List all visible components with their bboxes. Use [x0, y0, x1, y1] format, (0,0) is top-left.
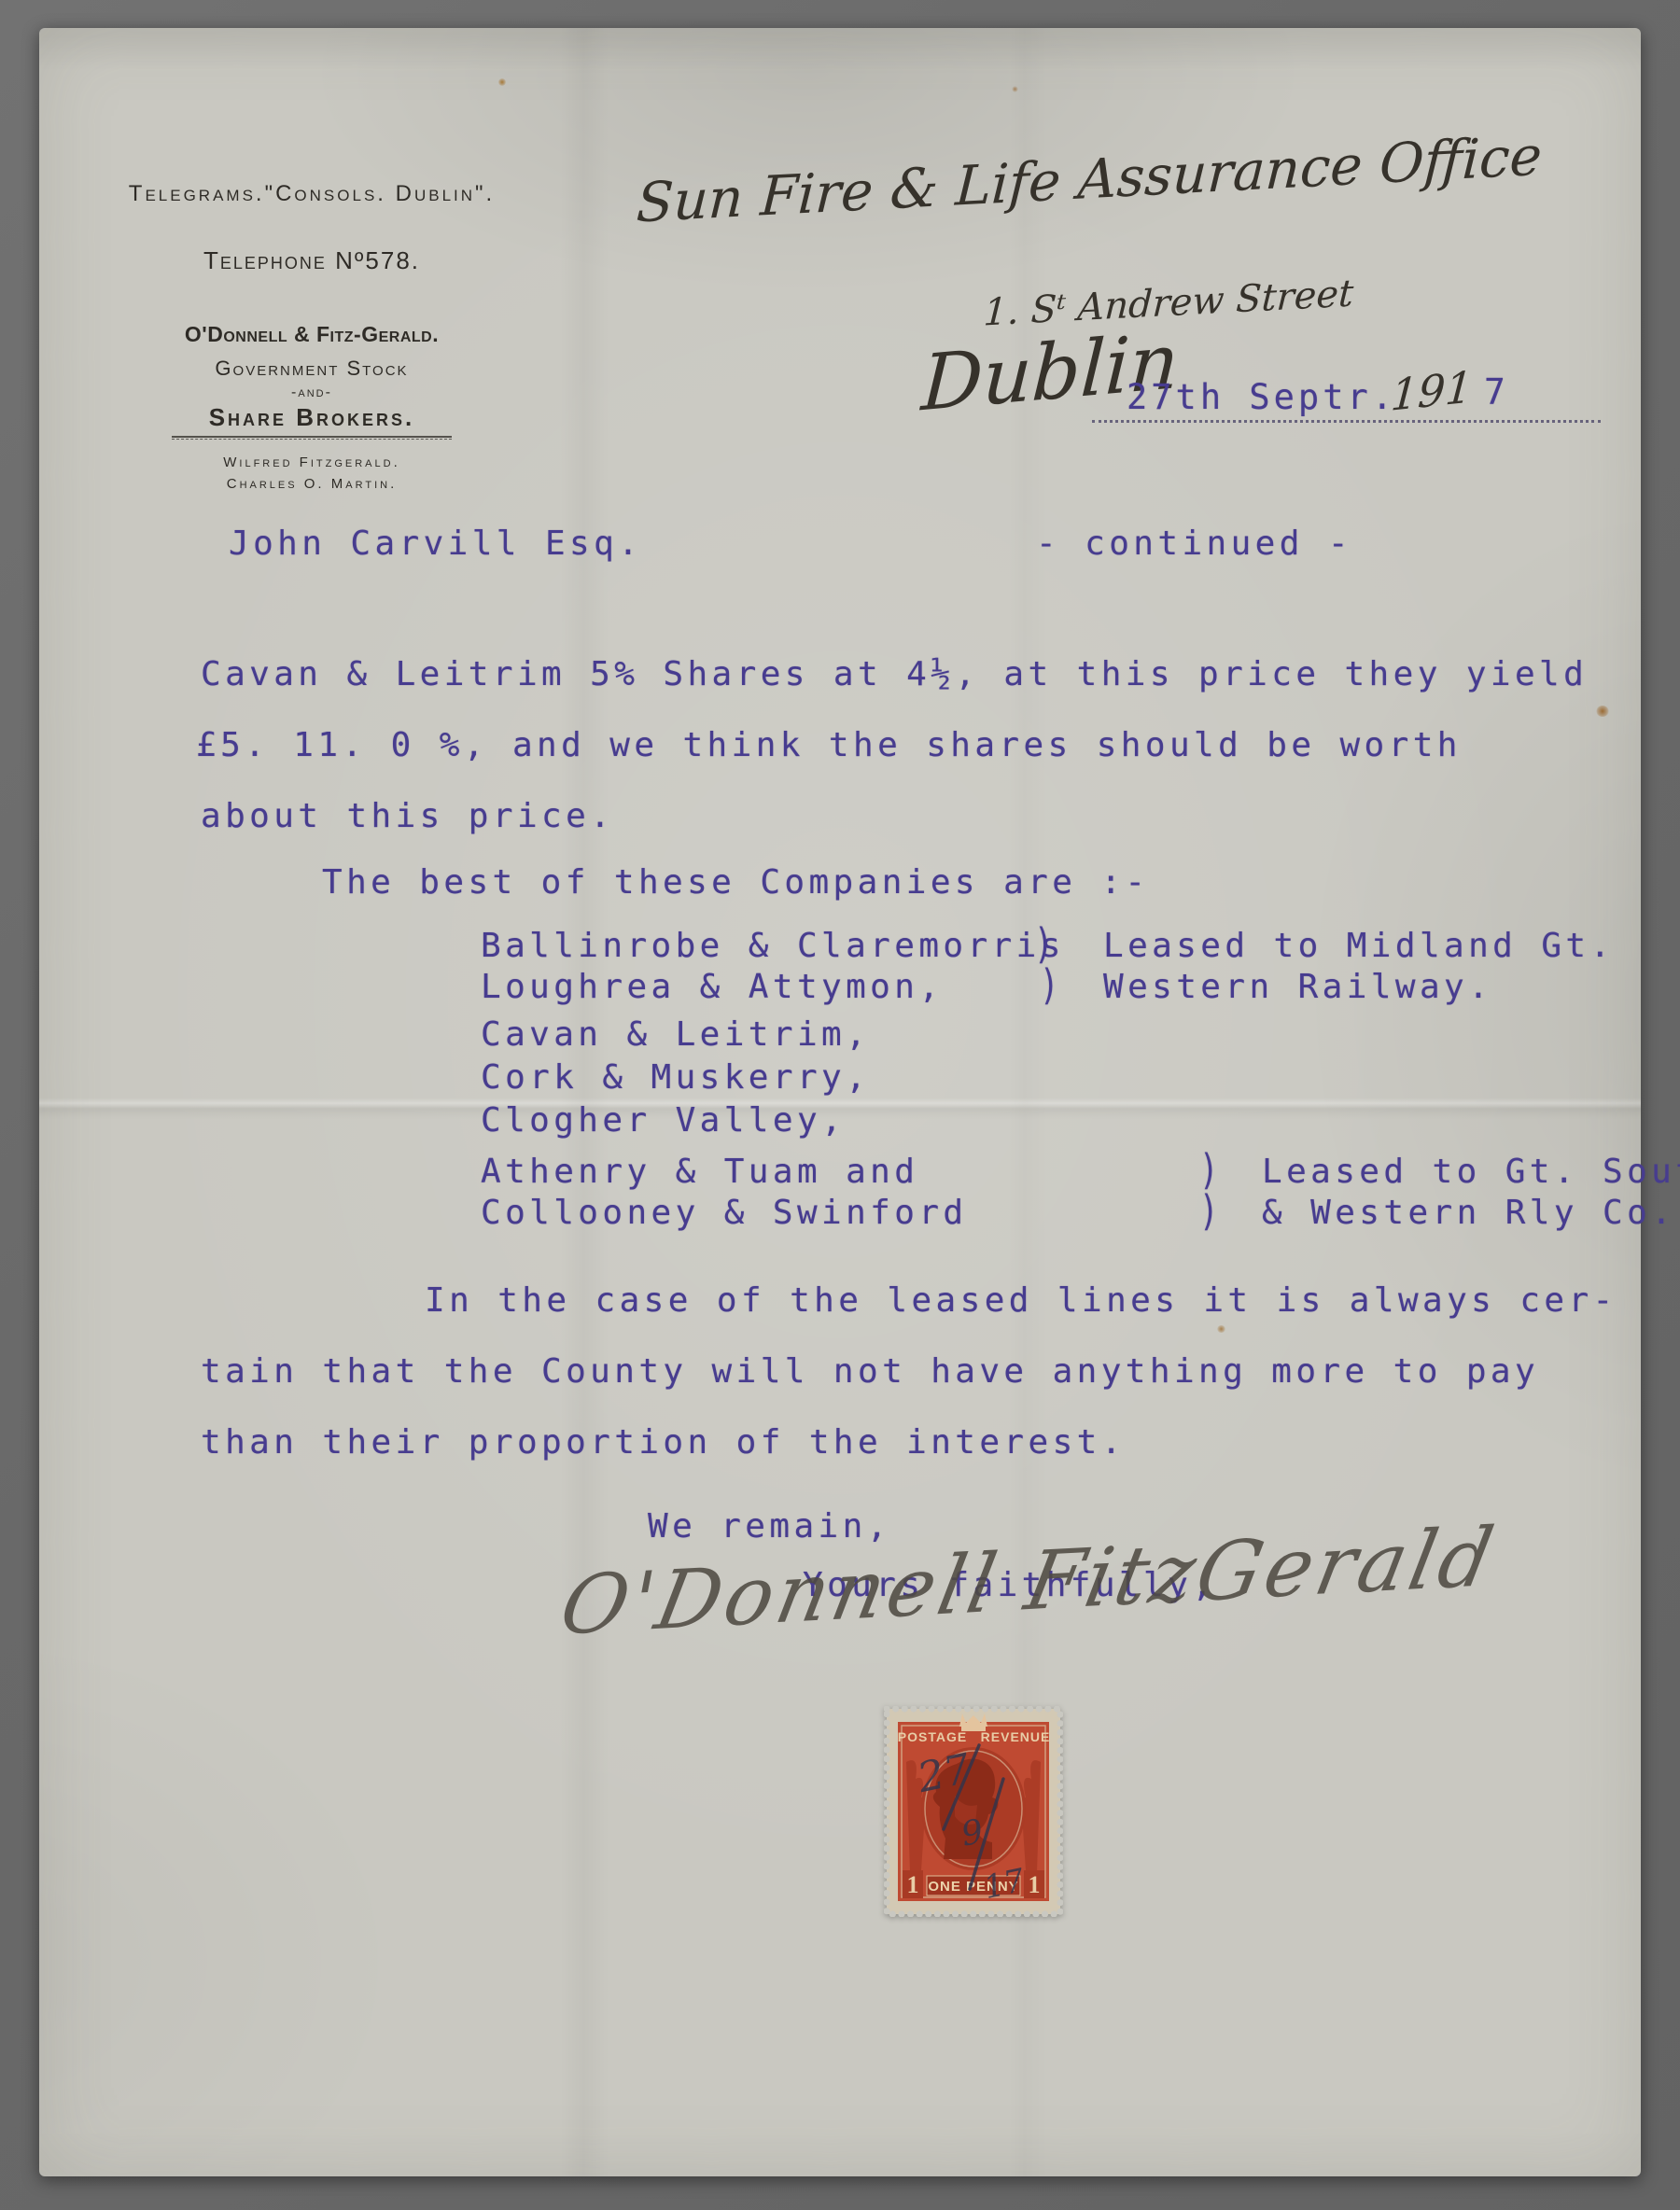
company-item: Clogher Valley,	[481, 1101, 846, 1140]
foxing-spot	[1596, 706, 1609, 717]
typed-year-digit: 7	[1484, 371, 1505, 413]
closing-we-remain: We remain,	[648, 1507, 891, 1546]
date-dotted-line	[1092, 420, 1601, 423]
para1-line3: about this price.	[201, 797, 614, 835]
partner-name-2: Charles O. Martin.	[88, 476, 536, 492]
typed-date: 27th Septr.	[1127, 377, 1396, 417]
group1-note-line1: Leased to Midland Gt.	[1103, 927, 1615, 965]
para2-line2: tain that the County will not have anyth…	[201, 1352, 1539, 1391]
stamp-graphic: POSTAGE REVENUE 1 1 ONE PENNY 27 9 17	[884, 1706, 1063, 1917]
telephone-line: Telephone Nº578.	[88, 246, 536, 275]
group2-brace-bottom: )	[1199, 1187, 1218, 1236]
company-item: Loughrea & Attymon,	[481, 968, 943, 1006]
stamp-postage-label: POSTAGE	[898, 1729, 967, 1744]
group1-brace-bottom: )	[1040, 961, 1058, 1010]
company-item: Athenry & Tuam and	[481, 1153, 918, 1191]
stamp-revenue-label: REVENUE	[981, 1729, 1051, 1744]
para2-line1: In the case of the leased lines it is al…	[425, 1281, 1617, 1320]
addressee-line: John Carvill Esq.	[229, 525, 642, 563]
para1-line2: £5. 11. 0 %, and we think the shares sho…	[196, 726, 1462, 764]
letterhead-left-block: Telegrams."Consols. Dublin". Telephone N…	[88, 168, 536, 492]
company-item: Cork & Muskerry,	[481, 1058, 870, 1097]
company-item: Collooney & Swinford	[481, 1194, 967, 1232]
firm-descriptor-stock: Government Stock	[88, 357, 536, 381]
postage-stamp: POSTAGE REVENUE 1 1 ONE PENNY 27 9 17	[884, 1706, 1063, 1917]
continued-label: - continued -	[1036, 525, 1352, 563]
stamp-numeral-right: 1	[1029, 1871, 1041, 1898]
group1-note-line2: Western Railway.	[1103, 968, 1492, 1006]
para2-line3: than their proportion of the interest.	[201, 1423, 1126, 1462]
companies-intro-line: The best of these Companies are :-	[322, 863, 1150, 902]
office-name-script: Sun Fire & Life Assurance Office	[570, 120, 1608, 238]
group2-note-line1: Leased to Gt. Southern	[1262, 1153, 1680, 1191]
group2-note-line2: & Western Rly Co.	[1262, 1194, 1675, 1232]
firm-name: O'Donnell & Fitz-Gerald.	[88, 322, 536, 347]
foxing-spot	[1012, 86, 1018, 92]
telegrams-line: Telegrams."Consols. Dublin".	[88, 181, 536, 207]
firm-descriptor-and: -and-	[88, 385, 536, 401]
company-item: Ballinrobe & Claremorris	[481, 927, 1065, 965]
photo-background: { "page": { "background_color": "#6c6c6c…	[0, 0, 1680, 2210]
preprinted-year: 191	[1389, 361, 1474, 421]
brokers-underline-rule	[172, 436, 452, 440]
foxing-spot	[498, 78, 506, 86]
stamp-numeral-left: 1	[907, 1871, 919, 1898]
para1-line1: Cavan & Leitrim 5% Shares at 4½, at this…	[201, 655, 1588, 693]
foxing-spot	[1217, 1325, 1225, 1333]
company-item: Cavan & Leitrim,	[481, 1015, 870, 1054]
letter-paper: Telegrams."Consols. Dublin". Telephone N…	[39, 28, 1641, 2176]
firm-descriptor-brokers: Share Brokers.	[88, 403, 536, 432]
partner-name-1: Wilfred Fitzgerald.	[88, 455, 536, 470]
